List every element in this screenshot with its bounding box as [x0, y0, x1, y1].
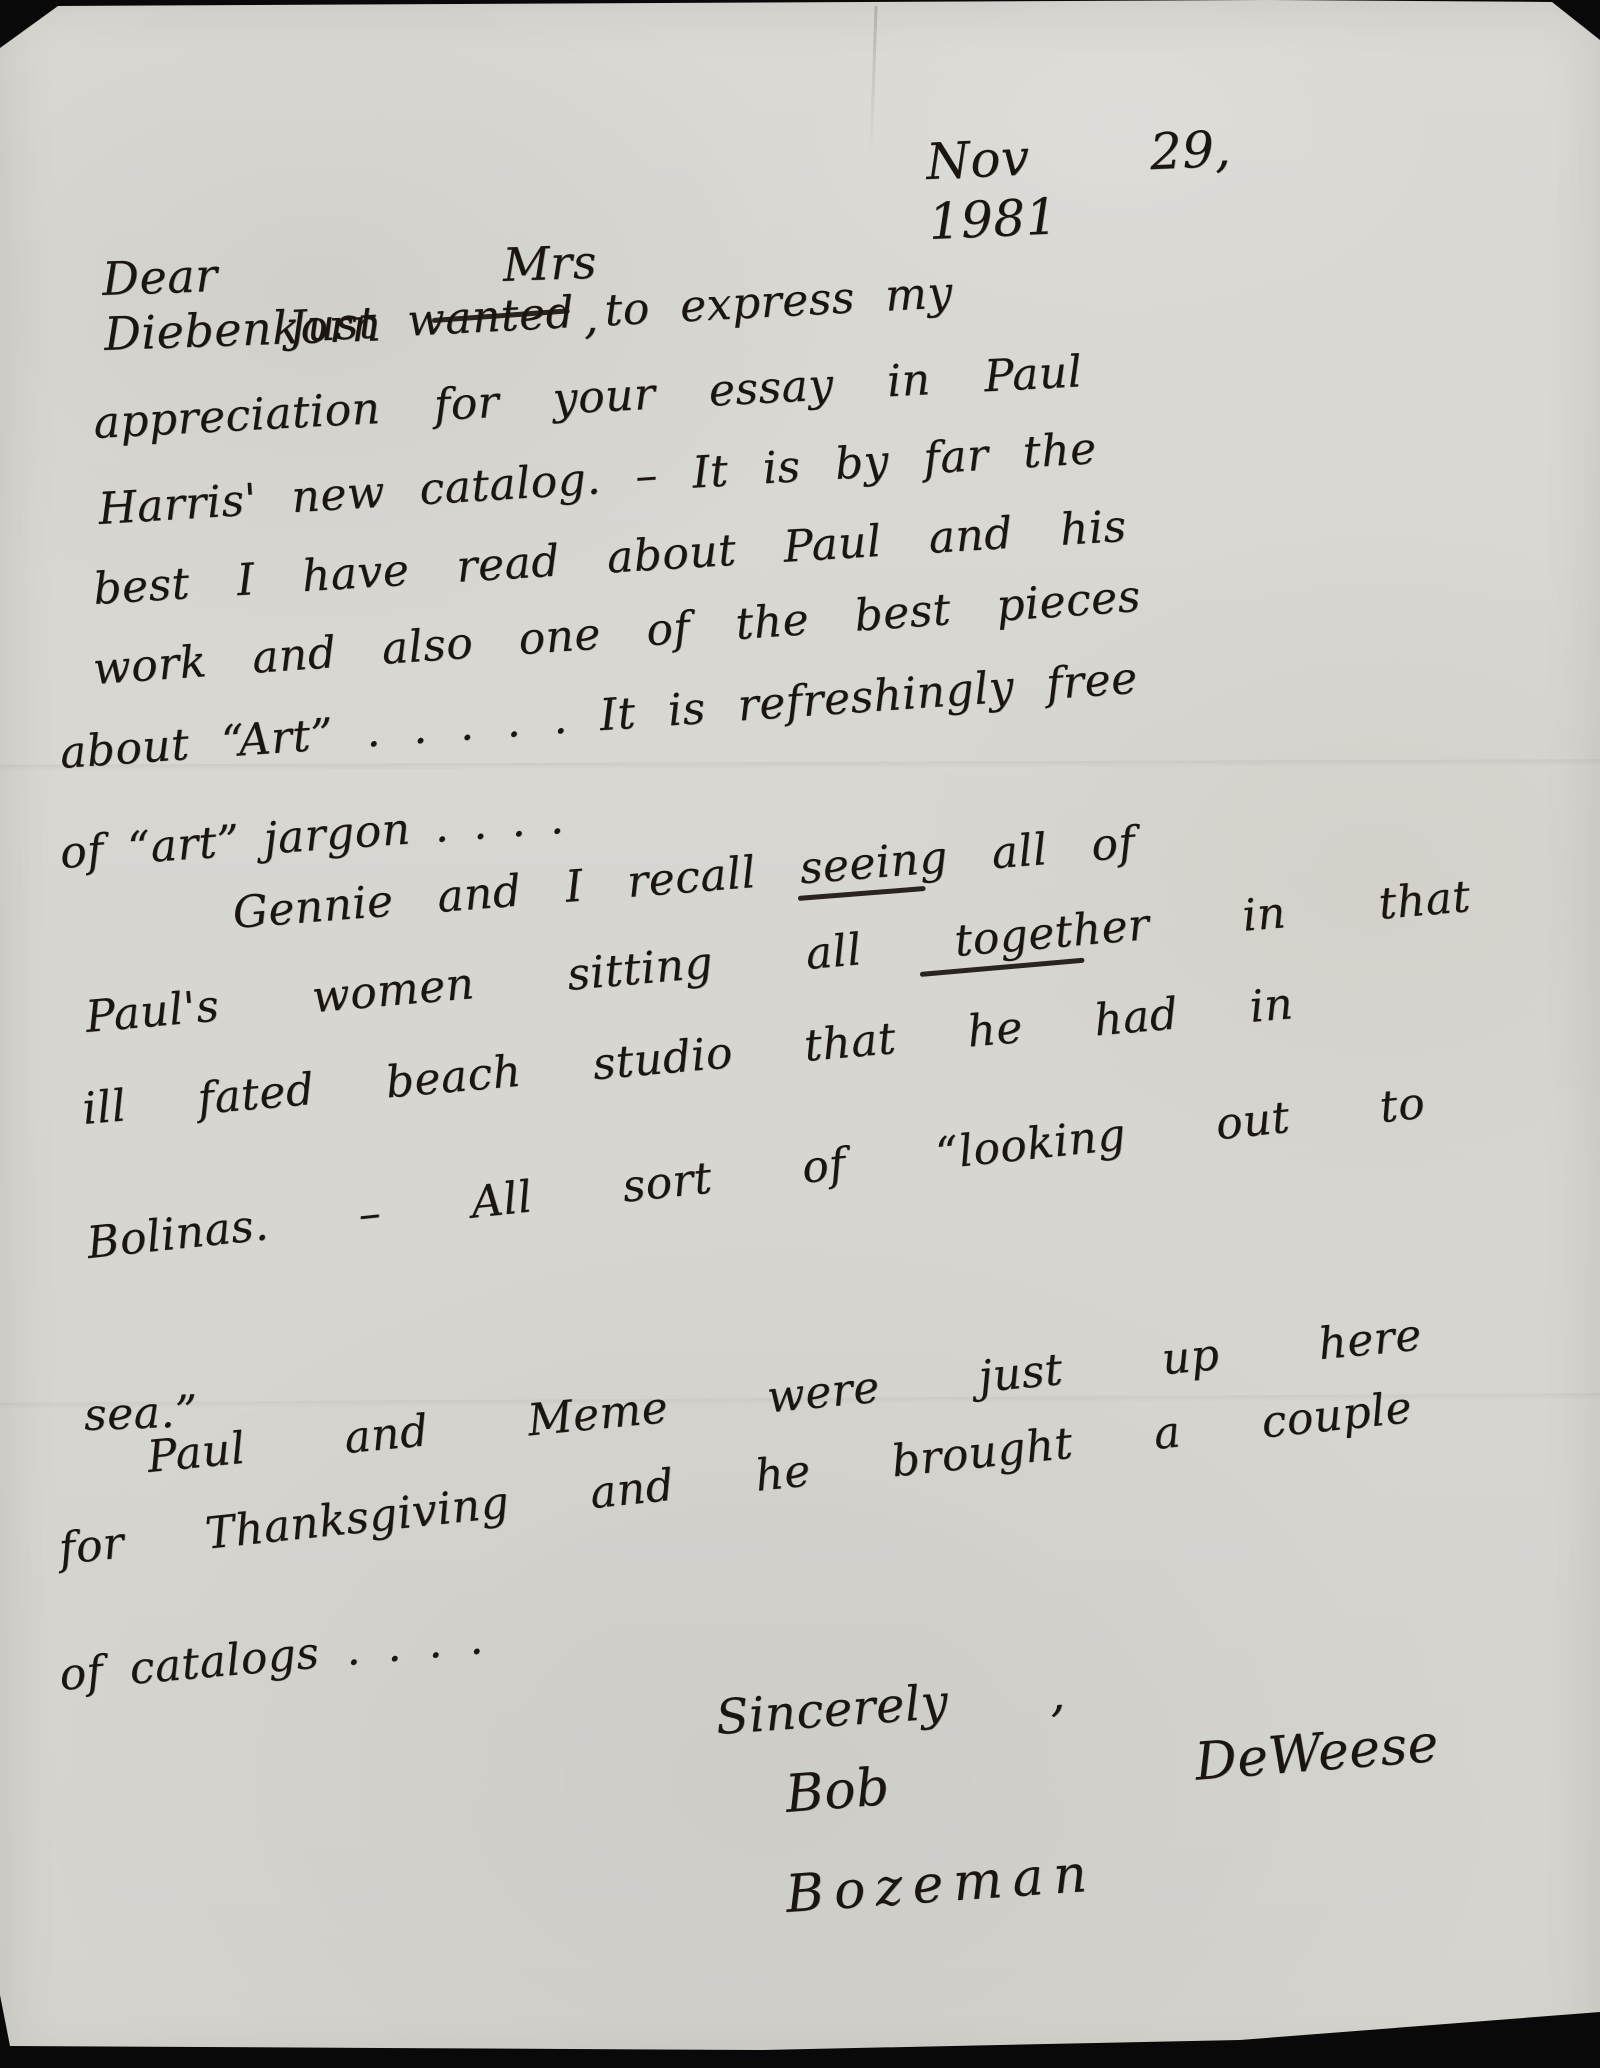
closing: Sincerely , [714, 1666, 1067, 1748]
vertical-crease [869, 6, 877, 156]
signature-place: Bozeman [784, 1834, 1217, 1926]
scanned-letter: Nov 29, 1981 Dear Mrs Diebenkorn , Just … [0, 0, 1600, 2068]
letter-paper: Nov 29, 1981 Dear Mrs Diebenkorn , Just … [0, 0, 1600, 2068]
body-line-15: of catalogs . . . . [57, 1613, 485, 1703]
letter-date: Nov 29, 1981 [925, 119, 1235, 252]
